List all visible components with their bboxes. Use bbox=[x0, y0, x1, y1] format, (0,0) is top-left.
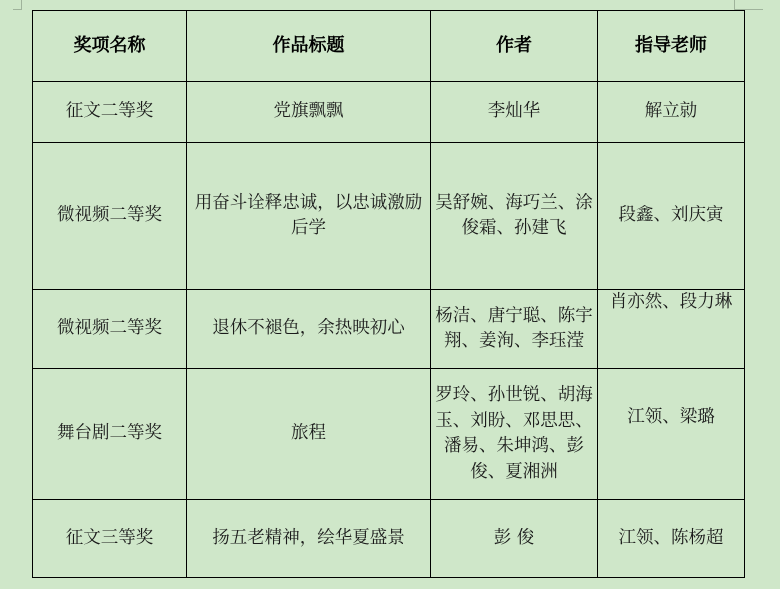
text-boundary-mark-top-right bbox=[734, 0, 735, 10]
cell-advisors[interactable]: 江领、梁璐 bbox=[598, 369, 745, 500]
header-work-title: 作品标题 bbox=[187, 11, 431, 82]
cell-advisors[interactable]: 段鑫、刘庆寅 bbox=[598, 143, 745, 290]
cell-title[interactable]: 旅程 bbox=[187, 369, 431, 500]
header-award-name: 奖项名称 bbox=[33, 11, 187, 82]
cell-authors[interactable]: 罗玲、孙世锐、胡海玉、刘盼、邓思思、潘易、朱坤鸿、彭俊、夏湘洲 bbox=[431, 369, 598, 500]
table-row: 征文二等奖 党旗飘飘 李灿华 解立勍 bbox=[33, 82, 745, 143]
cell-authors[interactable]: 杨洁、唐宁聪、陈宇翔、姜洵、李珏滢 bbox=[431, 290, 598, 369]
cell-award[interactable]: 微视频二等奖 bbox=[33, 290, 187, 369]
cell-title[interactable]: 用奋斗诠释忠诚，以忠诚激励后学 bbox=[187, 143, 431, 290]
cell-award[interactable]: 微视频二等奖 bbox=[33, 143, 187, 290]
cell-title[interactable]: 扬五老精神，绘华夏盛景 bbox=[187, 500, 431, 578]
cell-advisors[interactable]: 肖亦然、段力琳 bbox=[598, 290, 745, 369]
cell-authors[interactable]: 吴舒婉、海巧兰、涂俊霜、孙建飞 bbox=[431, 143, 598, 290]
cell-advisors[interactable]: 解立勍 bbox=[598, 82, 745, 143]
cell-title[interactable]: 党旗飘飘 bbox=[187, 82, 431, 143]
table-row: 微视频二等奖 用奋斗诠释忠诚，以忠诚激励后学 吴舒婉、海巧兰、涂俊霜、孙建飞 段… bbox=[33, 143, 745, 290]
table-header-row: 奖项名称 作品标题 作者 指导老师 bbox=[33, 11, 745, 82]
table-row: 征文三等奖 扬五老精神，绘华夏盛景 彭 俊 江领、陈杨超 bbox=[33, 500, 745, 578]
cell-award[interactable]: 舞台剧二等奖 bbox=[33, 369, 187, 500]
text-boundary-mark-top-left bbox=[21, 0, 22, 10]
cell-authors[interactable]: 李灿华 bbox=[431, 82, 598, 143]
cell-authors[interactable]: 彭 俊 bbox=[431, 500, 598, 578]
header-advisors: 指导老师 bbox=[598, 11, 745, 82]
award-table: 奖项名称 作品标题 作者 指导老师 征文二等奖 党旗飘飘 李灿华 解立勍 微视频… bbox=[32, 10, 745, 578]
table-row: 舞台剧二等奖 旅程 罗玲、孙世锐、胡海玉、刘盼、邓思思、潘易、朱坤鸿、彭俊、夏湘… bbox=[33, 369, 745, 500]
cell-title[interactable]: 退休不褪色，余热映初心 bbox=[187, 290, 431, 369]
cell-award[interactable]: 征文二等奖 bbox=[33, 82, 187, 143]
header-authors: 作者 bbox=[431, 11, 598, 82]
table-row: 微视频二等奖 退休不褪色，余热映初心 杨洁、唐宁聪、陈宇翔、姜洵、李珏滢 肖亦然… bbox=[33, 290, 745, 369]
cell-award[interactable]: 征文三等奖 bbox=[33, 500, 187, 578]
cell-advisors[interactable]: 江领、陈杨超 bbox=[598, 500, 745, 578]
